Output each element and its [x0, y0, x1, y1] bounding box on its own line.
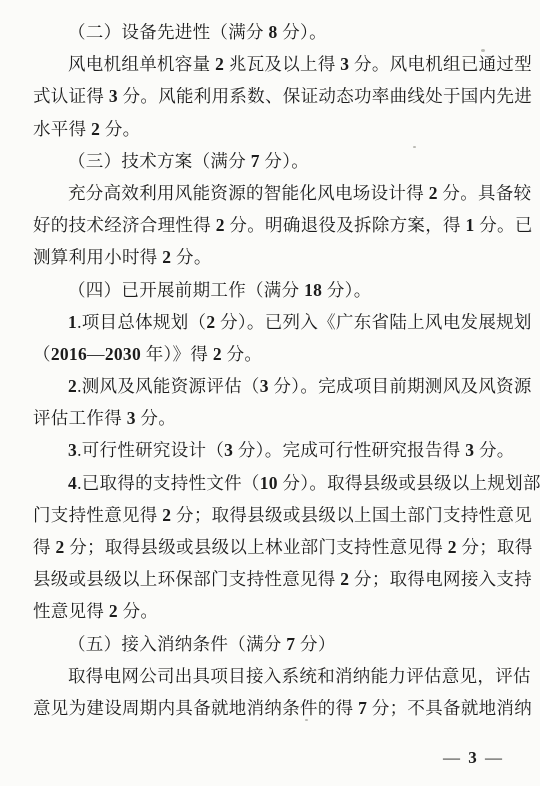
scan-speck	[413, 146, 416, 148]
document-line: 意见为建设周期内具备就地消纳条件的得 7 分；不具备就地消纳	[33, 692, 505, 724]
document-line: 县级或县级以上环保部门支持性意见得 2 分；取得电网接入支持	[33, 563, 505, 595]
page-number: — 3 —	[443, 748, 504, 768]
document-line: 1.项目总体规划（2 分）。已列入《广东省陆上风电发展规划	[33, 306, 505, 338]
document-line: 充分高效利用风能资源的智能化风电场设计得 2 分。具备较	[33, 177, 505, 209]
document-line: 评估工作得 3 分。	[33, 402, 505, 434]
document-line: 性意见得 2 分。	[33, 595, 505, 627]
document-line: 得 2 分；取得县级或县级以上林业部门支持性意见得 2 分；取得	[33, 531, 505, 563]
document-line: 水平得 2 分。	[33, 113, 505, 145]
document-page: （二）设备先进性（满分 8 分）。 风电机组单机容量 2 兆瓦及以上得 3 分。…	[0, 0, 540, 786]
document-line: （三）技术方案（满分 7 分）。	[33, 145, 505, 177]
document-line: 好的技术经济合理性得 2 分。明确退役及拆除方案，得 1 分。已	[33, 209, 505, 241]
document-body: （二）设备先进性（满分 8 分）。 风电机组单机容量 2 兆瓦及以上得 3 分。…	[33, 16, 505, 724]
document-line: （五）接入消纳条件（满分 7 分）	[33, 628, 505, 660]
scan-speck	[305, 719, 308, 721]
document-line: （2016—2030 年）》得 2 分。	[33, 338, 505, 370]
document-line: 测算利用小时得 2 分。	[33, 241, 505, 273]
document-line: 取得电网公司出具项目接入系统和消纳能力评估意见，评估	[33, 660, 505, 692]
scan-speck	[481, 49, 485, 52]
document-line: 风电机组单机容量 2 兆瓦及以上得 3 分。风电机组已通过型	[33, 48, 505, 80]
document-line: 门支持性意见得 2 分；取得县级或县级以上国土部门支持性意见	[33, 499, 505, 531]
document-line: 3.可行性研究设计（3 分）。完成可行性研究报告得 3 分。	[33, 434, 505, 466]
document-line: （四）已开展前期工作（满分 18 分）。	[33, 274, 505, 306]
document-line: （二）设备先进性（满分 8 分）。	[33, 16, 505, 48]
document-line: 式认证得 3 分。风能利用系数、保证动态功率曲线处于国内先进	[33, 80, 505, 112]
document-line: 4.已取得的支持性文件（10 分）。取得县级或县级以上规划部	[33, 467, 505, 499]
document-line: 2.测风及风能资源评估（3 分）。完成项目前期测风及风资源	[33, 370, 505, 402]
